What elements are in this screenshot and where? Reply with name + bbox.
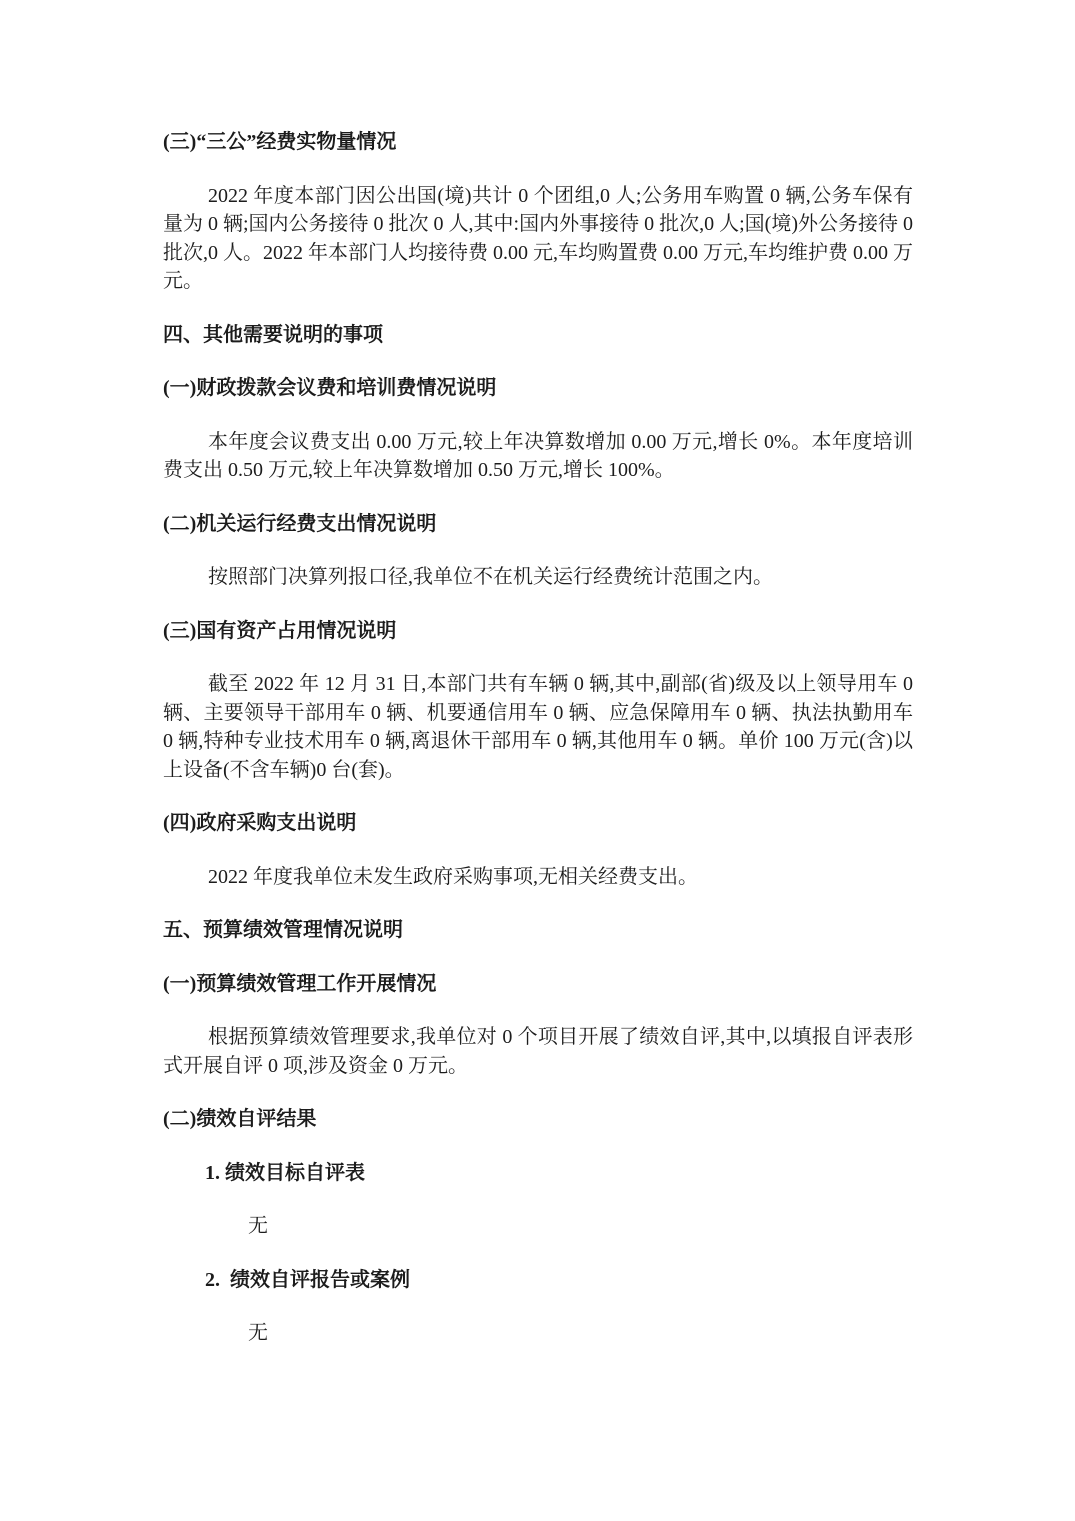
heading-meeting-training-fee: (一)财政拨款会议费和培训费情况说明 [163,374,913,403]
paragraph-meeting-training-fee: 本年度会议费支出 0.00 万元,较上年决算数增加 0.00 万元,增长 0%。… [163,428,913,485]
heading-performance-target-table: 1. 绩效目标自评表 [163,1159,913,1188]
paragraph-agency-operating-expense: 按照部门决算列报口径,我单位不在机关运行经费统计范围之内。 [163,563,913,592]
heading-performance-report-or-case: 2. 绩效自评报告或案例 [163,1266,913,1295]
heading-agency-operating-expense: (二)机关运行经费支出情况说明 [163,510,913,539]
document-page: (三)“三公”经费实物量情况 2022 年度本部门因公出国(境)共计 0 个团组… [0,0,1075,1521]
heading-budget-performance-management: 五、预算绩效管理情况说明 [163,916,913,945]
heading-performance-work-progress: (一)预算绩效管理工作开展情况 [163,970,913,999]
paragraph-sangong-details: 2022 年度本部门因公出国(境)共计 0 个团组,0 人;公务用车购置 0 辆… [163,182,913,296]
heading-state-assets-occupancy: (三)国有资产占用情况说明 [163,617,913,646]
heading-performance-self-evaluation-results: (二)绩效自评结果 [163,1105,913,1134]
text-none-performance-target: 无 [163,1212,913,1241]
heading-government-procurement: (四)政府采购支出说明 [163,809,913,838]
heading-other-matters: 四、其他需要说明的事项 [163,321,913,350]
heading-sangong-physical-quantity: (三)“三公”经费实物量情况 [163,128,913,157]
text-none-performance-report: 无 [163,1319,913,1348]
paragraph-state-assets-occupancy: 截至 2022 年 12 月 31 日,本部门共有车辆 0 辆,其中,副部(省)… [163,670,913,784]
paragraph-performance-work-progress: 根据预算绩效管理要求,我单位对 0 个项目开展了绩效自评,其中,以填报自评表形式… [163,1023,913,1080]
paragraph-government-procurement: 2022 年度我单位未发生政府采购事项,无相关经费支出。 [163,863,913,892]
